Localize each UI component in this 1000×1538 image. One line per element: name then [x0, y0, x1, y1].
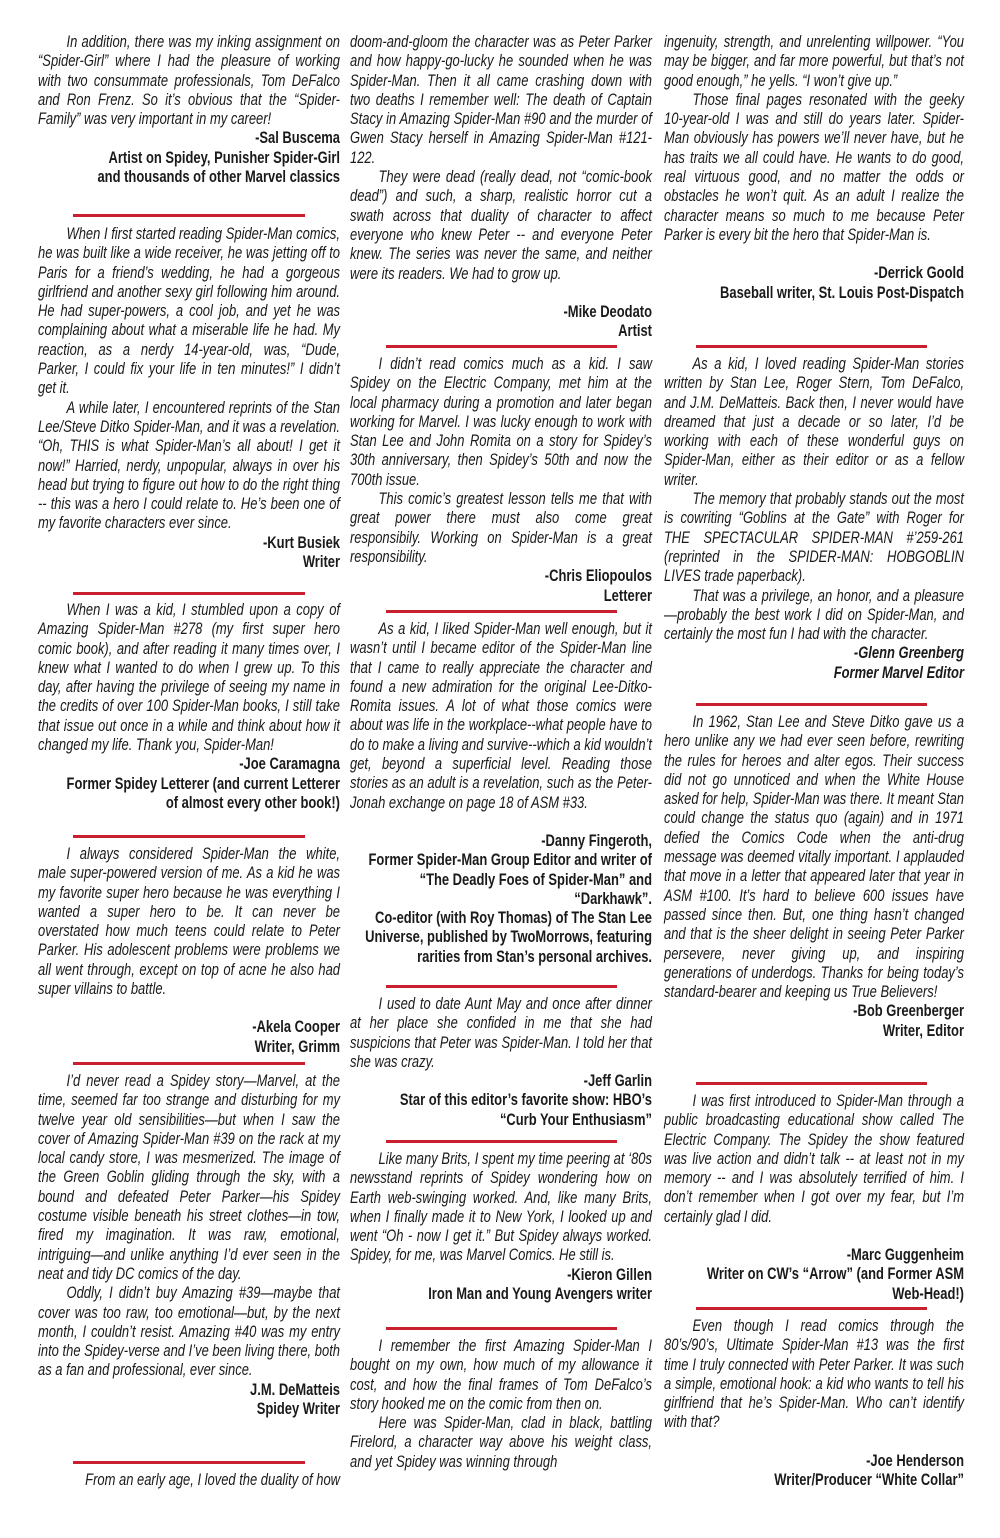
testimonial-text: In 1962, Stan Lee and Steve Ditko gave u… [664, 713, 964, 1002]
testimonial-text: From an early age, I loved the duality o… [38, 1471, 340, 1490]
testimonial-credit: Artist on Spidey, Punisher Spider-Girl a… [38, 149, 340, 188]
section-divider [386, 345, 617, 348]
testimonial-credit: Former Spidey Letterer (and current Lett… [38, 775, 340, 814]
testimonial-author: -Derrick Goold [664, 264, 964, 283]
testimonial-text: Those final pages resonated with the gee… [664, 91, 964, 245]
testimonial-author: -Jeff Garlin [350, 1072, 652, 1091]
testimonial-credit: Spidey Writer [38, 1400, 340, 1419]
testimonial-text: That was a privilege, an honor, and a pl… [664, 587, 964, 645]
testimonial-glenn-greenberg: As a kid, I loved reading Spider-Man sto… [664, 355, 964, 683]
testimonial-text: I didn’t read comics much as a kid. I sa… [350, 355, 652, 490]
testimonial-credit: Former Spider-Man Group Editor and write… [350, 851, 652, 909]
testimonial-author: -Kurt Busiek [38, 534, 340, 553]
section-divider [696, 345, 927, 348]
section-divider [386, 1140, 617, 1143]
section-divider [73, 1062, 305, 1065]
testimonial-jm-dematteis: I’d never read a Spidey story—Marvel, at… [38, 1072, 340, 1419]
testimonial-credit: Baseball writer, St. Louis Post-Dispatch [664, 284, 964, 303]
section-divider [696, 1082, 927, 1085]
testimonial-text: As a kid, I liked Spider-Man well enough… [350, 620, 652, 813]
section-divider [73, 835, 305, 838]
testimonial-kurt-busiek: When I first started reading Spider-Man … [38, 225, 340, 572]
testimonial-credit: Writer, Editor [664, 1022, 964, 1041]
section-divider [386, 610, 617, 613]
testimonial-credit: Artist [350, 322, 652, 341]
section-divider [696, 1307, 927, 1310]
testimonial-joe-henderson: Even though I read comics through the 80… [664, 1317, 964, 1490]
testimonial-text: I always considered Spider-Man the white… [38, 845, 340, 999]
testimonial-text: As a kid, I loved reading Spider-Man sto… [664, 355, 964, 490]
section-divider [696, 703, 927, 706]
testimonial-bob-greenberger: In 1962, Stan Lee and Steve Ditko gave u… [664, 713, 964, 1041]
testimonial-author: -Kieron Gillen [350, 1266, 652, 1285]
testimonial-text: They were dead (really dead, not “comic-… [350, 168, 652, 284]
testimonial-author: -Mike Deodato [350, 303, 652, 322]
testimonial-credit: Letterer [350, 587, 652, 606]
testimonial-text: Even though I read comics through the 80… [664, 1317, 964, 1433]
testimonial-author: -Joe Henderson [664, 1452, 964, 1471]
testimonial-danny-fingeroth: As a kid, I liked Spider-Man well enough… [350, 620, 652, 967]
testimonial-mike-deodato: doom-and-gloom the character was as Pete… [350, 33, 652, 341]
testimonial-marc-guggenheim: I was first introduced to Spider-Man thr… [664, 1092, 964, 1304]
testimonial-akela-cooper: I always considered Spider-Man the white… [38, 845, 340, 1057]
testimonial-credit: Writer/Producer “White Collar” [664, 1471, 964, 1490]
testimonial-credit: Writer [38, 553, 340, 572]
testimonial-author: J.M. DeMatteis [38, 1381, 340, 1400]
testimonial-derrick-goold: ingenuity, strength, and unrelenting wil… [664, 33, 964, 303]
testimonial-derrick-goold-start: I remember the first Amazing Spider-Man … [350, 1337, 652, 1472]
testimonial-author: -Glenn Greenberg [664, 644, 964, 663]
testimonial-text: A while later, I encountered reprints of… [38, 399, 340, 534]
testimonial-text: Here was Spider-Man, clad in black, batt… [350, 1414, 652, 1472]
testimonial-author: -Chris Eliopoulos [350, 567, 652, 586]
testimonial-text: I used to date Aunt May and once after d… [350, 995, 652, 1072]
testimonial-author: -Joe Caramagna [38, 755, 340, 774]
testimonial-text: This comic’s greatest lesson tells me th… [350, 490, 652, 567]
testimonial-sal-buscema: In addition, there was my inking assignm… [38, 33, 340, 187]
section-divider [386, 1327, 617, 1330]
testimonial-text: ingenuity, strength, and unrelenting wil… [664, 33, 964, 91]
testimonial-text: doom-and-gloom the character was as Pete… [350, 33, 652, 168]
section-divider [73, 1461, 305, 1464]
testimonial-text: I remember the first Amazing Spider-Man … [350, 1337, 652, 1414]
testimonial-text: Oddly, I didn’t buy Amazing #39—maybe th… [38, 1284, 340, 1380]
testimonial-author: -Danny Fingeroth, [350, 832, 652, 851]
testimonial-mike-deodato-start: From an early age, I loved the duality o… [38, 1471, 340, 1490]
testimonial-text: When I first started reading Spider-Man … [38, 225, 340, 399]
testimonial-author: -Sal Buscema [38, 129, 340, 148]
testimonial-credit: Writer, Grimm [38, 1038, 340, 1057]
testimonial-text: When I was a kid, I stumbled upon a copy… [38, 601, 340, 755]
testimonial-jeff-garlin: I used to date Aunt May and once after d… [350, 995, 652, 1130]
testimonial-credit: Writer on CW’s “Arrow” (and Former ASM W… [664, 1265, 964, 1304]
testimonial-text: In addition, there was my inking assignm… [38, 33, 340, 129]
testimonial-author: -Akela Cooper [38, 1018, 340, 1037]
testimonial-author: -Marc Guggenheim [664, 1246, 964, 1265]
testimonial-text: Like many Brits, I spent my time peering… [350, 1150, 652, 1266]
testimonial-author: -Bob Greenberger [664, 1002, 964, 1021]
testimonial-text: The memory that probably stands out the … [664, 490, 964, 586]
section-divider [73, 592, 305, 595]
section-divider [386, 985, 617, 988]
testimonial-credit-secondary: Co-editor (with Roy Thomas) of The Stan … [350, 909, 652, 967]
testimonial-text: I’d never read a Spidey story—Marvel, at… [38, 1072, 340, 1284]
testimonial-credit: Star of this editor’s favorite show: HBO… [350, 1091, 652, 1130]
testimonial-text: I was first introduced to Spider-Man thr… [664, 1092, 964, 1227]
testimonial-joe-caramagna: When I was a kid, I stumbled upon a copy… [38, 601, 340, 813]
testimonial-credit: Iron Man and Young Avengers writer [350, 1285, 652, 1304]
testimonial-credit: Former Marvel Editor [664, 664, 964, 683]
testimonial-kieron-gillen: Like many Brits, I spent my time peering… [350, 1150, 652, 1304]
section-divider [73, 214, 305, 217]
testimonial-chris-eliopoulos: I didn’t read comics much as a kid. I sa… [350, 355, 652, 606]
